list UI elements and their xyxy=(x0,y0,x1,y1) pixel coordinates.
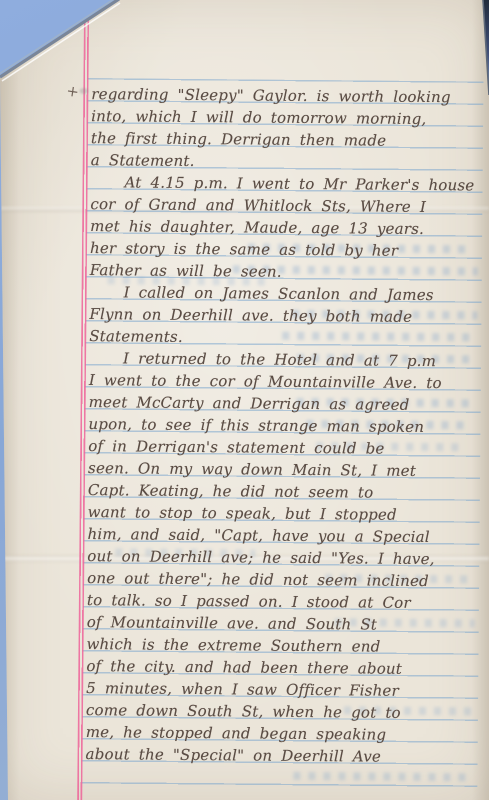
scanned-document: + regarding "Sleepy" Gaylor. is worth lo… xyxy=(0,0,489,800)
handwriting-line: about the "Special" on Deerhill Ave xyxy=(85,743,477,768)
diary-page: + regarding "Sleepy" Gaylor. is worth lo… xyxy=(0,0,489,800)
handwritten-text-block: regarding "Sleepy" Gaylor. is worth look… xyxy=(85,83,483,768)
pencil-smudge xyxy=(79,88,88,94)
ruled-paper-print: + regarding "Sleepy" Gaylor. is worth lo… xyxy=(0,0,489,800)
ink-bleed-through xyxy=(293,772,468,782)
